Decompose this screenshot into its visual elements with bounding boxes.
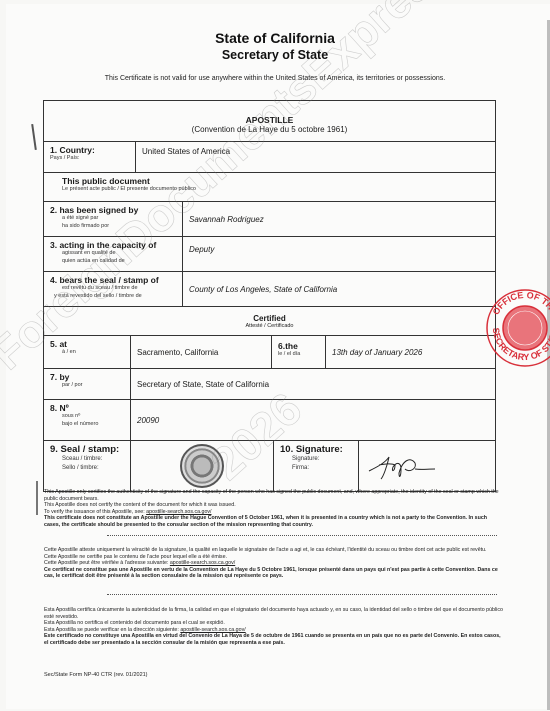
divider — [107, 535, 497, 536]
handwritten-signature-icon — [365, 449, 445, 483]
disclaimer-warning: Ce certificat ne constitue pas une Apost… — [44, 567, 504, 580]
validity-notice: This Certificate is not valid for use an… — [0, 75, 550, 82]
pen-mark — [36, 481, 38, 515]
field-sublabel: le / el día — [278, 351, 319, 359]
field-sublabel: Pays / País: — [50, 155, 129, 163]
field-public-document: This public document Le présent acte pub… — [44, 172, 495, 201]
disclaimer-french: Cette Apostille atteste uniquement la vé… — [44, 547, 504, 580]
field-label: This public document — [62, 176, 196, 186]
field-sublabel: à / en — [50, 349, 124, 357]
field-country: 1. Country: Pays / País: United States o… — [44, 141, 495, 172]
field-sublabel: quien actúa en calidad de — [50, 258, 176, 266]
divider — [107, 594, 497, 595]
disclaimer-spanish: Esta Apostilla certifica únicamente la a… — [44, 607, 504, 647]
field-sublabel: Sello / timbre: — [50, 464, 124, 473]
field-label: 6.the — [278, 341, 319, 351]
disclaimer-text: Cette Apostille ne certifie pas le conte… — [44, 554, 504, 561]
date-value: 13th day of January 2026 — [325, 336, 495, 368]
field-number: 8. Nº sous nº bajo el número 20090 — [44, 399, 495, 440]
apostille-heading: APOSTILLE (Convention de La Haye du 5 oc… — [44, 101, 495, 141]
field-sublabel: Firma: — [280, 464, 352, 473]
field-label: 2. has been signed by — [50, 205, 176, 215]
document-title: State of California — [0, 30, 550, 46]
apostille-number-value: 20090 — [130, 400, 495, 440]
apostille-form: APOSTILLE (Convention de La Haye du 5 oc… — [43, 100, 496, 492]
document-subtitle: Secretary of State — [0, 48, 550, 62]
disclaimer-text: Cette Apostille atteste uniquement la vé… — [44, 547, 504, 554]
apostille-title: APOSTILLE — [246, 115, 294, 125]
signer-name-value: Savannah Rodriguez — [182, 202, 495, 236]
signature-area — [358, 441, 495, 491]
field-sublabel: est revêtu du sceau / timbre de — [50, 285, 176, 293]
disclaimer-text: This Apostille does not certify the cont… — [44, 502, 504, 509]
field-capacity: 3. acting in the capacity of agissant en… — [44, 236, 495, 271]
field-seal-of: 4. bears the seal / stamp of est revêtu … — [44, 271, 495, 306]
verification-link[interactable]: apostille-search.sos.ca.gov/ — [146, 509, 211, 515]
authority-value: County of Los Angeles, State of Californ… — [182, 272, 495, 306]
certified-sublabel: Attesté / Certificado — [246, 323, 294, 329]
field-seal-signature: 9. Seal / stamp: Sceau / timbre: Sello /… — [44, 440, 495, 491]
field-place-date: 5. at à / en Sacramento, California 6.th… — [44, 335, 495, 368]
field-signed-by: 2. has been signed by a été signé par ha… — [44, 201, 495, 236]
field-by: 7. by par / por Secretary of State, Stat… — [44, 368, 495, 399]
field-sublabel: a été signé par — [50, 215, 176, 223]
field-label: 7. by — [50, 372, 124, 382]
verification-link[interactable]: apostille-search.sos.ca.gov/ — [180, 627, 245, 633]
embossed-seal — [130, 441, 273, 491]
capacity-value: Deputy — [182, 237, 495, 271]
place-value: Sacramento, California — [130, 336, 271, 368]
certified-label: Certified — [253, 314, 285, 323]
state-seal-icon — [180, 444, 224, 488]
field-sublabel: par / por — [50, 382, 124, 390]
secretary-of-state-stamp-icon: OFFICE OF THE SECRETARY OF STATE — [485, 288, 550, 368]
disclaimer-text: Cette Apostille peut être vérifiée à l'a… — [44, 560, 170, 566]
verification-link[interactable]: apostille-search.sos.ca.gov/ — [170, 560, 235, 566]
country-value: United States of America — [135, 142, 495, 172]
disclaimer-warning: Este certificado no constituye una Apost… — [44, 633, 504, 646]
field-sublabel: y está revestido del sello / timbre de — [50, 293, 176, 301]
field-label: 1. Country: — [50, 145, 129, 155]
convention-subtitle: (Convention de La Haye du 5 octobre 1961… — [192, 125, 348, 134]
disclaimer-text: Esta Apostilla certifica únicamente la a… — [44, 607, 504, 620]
field-sublabel: bajo el número — [50, 421, 124, 429]
field-label: 10. Signature: — [280, 444, 352, 455]
field-sublabel: ha sido firmado por — [50, 223, 176, 231]
field-sublabel: Signature: — [280, 455, 352, 464]
field-sublabel: Sceau / timbre: — [50, 455, 124, 464]
field-sublabel: Le présent acte public / El presente doc… — [62, 186, 196, 194]
field-sublabel: agissant en qualité de — [50, 250, 176, 258]
field-label: 4. bears the seal / stamp of — [50, 275, 176, 285]
field-label: 8. Nº — [50, 403, 124, 413]
disclaimer-english: This Apostille only certifies the authen… — [44, 489, 504, 529]
field-sublabel: sous nº — [50, 413, 124, 421]
field-label: 9. Seal / stamp: — [50, 444, 124, 455]
form-number: Sec/State Form NP-40 CTR (rev. 01/2021) — [44, 672, 148, 678]
disclaimer-text: To verify the issuance of this Apostille… — [44, 509, 146, 515]
issuer-value: Secretary of State, State of California — [130, 369, 495, 399]
disclaimer-warning: This certificate does not constitute an … — [44, 515, 504, 528]
certified-heading: Certified Attesté / Certificado — [44, 306, 495, 335]
disclaimer-text: Esta Apostilla no certifica el contenido… — [44, 620, 504, 627]
disclaimer-text: Esta Apostilla se puede verificar en la … — [44, 627, 180, 633]
field-label: 5. at — [50, 339, 124, 349]
disclaimer-text: This Apostille only certifies the authen… — [44, 489, 504, 502]
field-label: 3. acting in the capacity of — [50, 240, 176, 250]
